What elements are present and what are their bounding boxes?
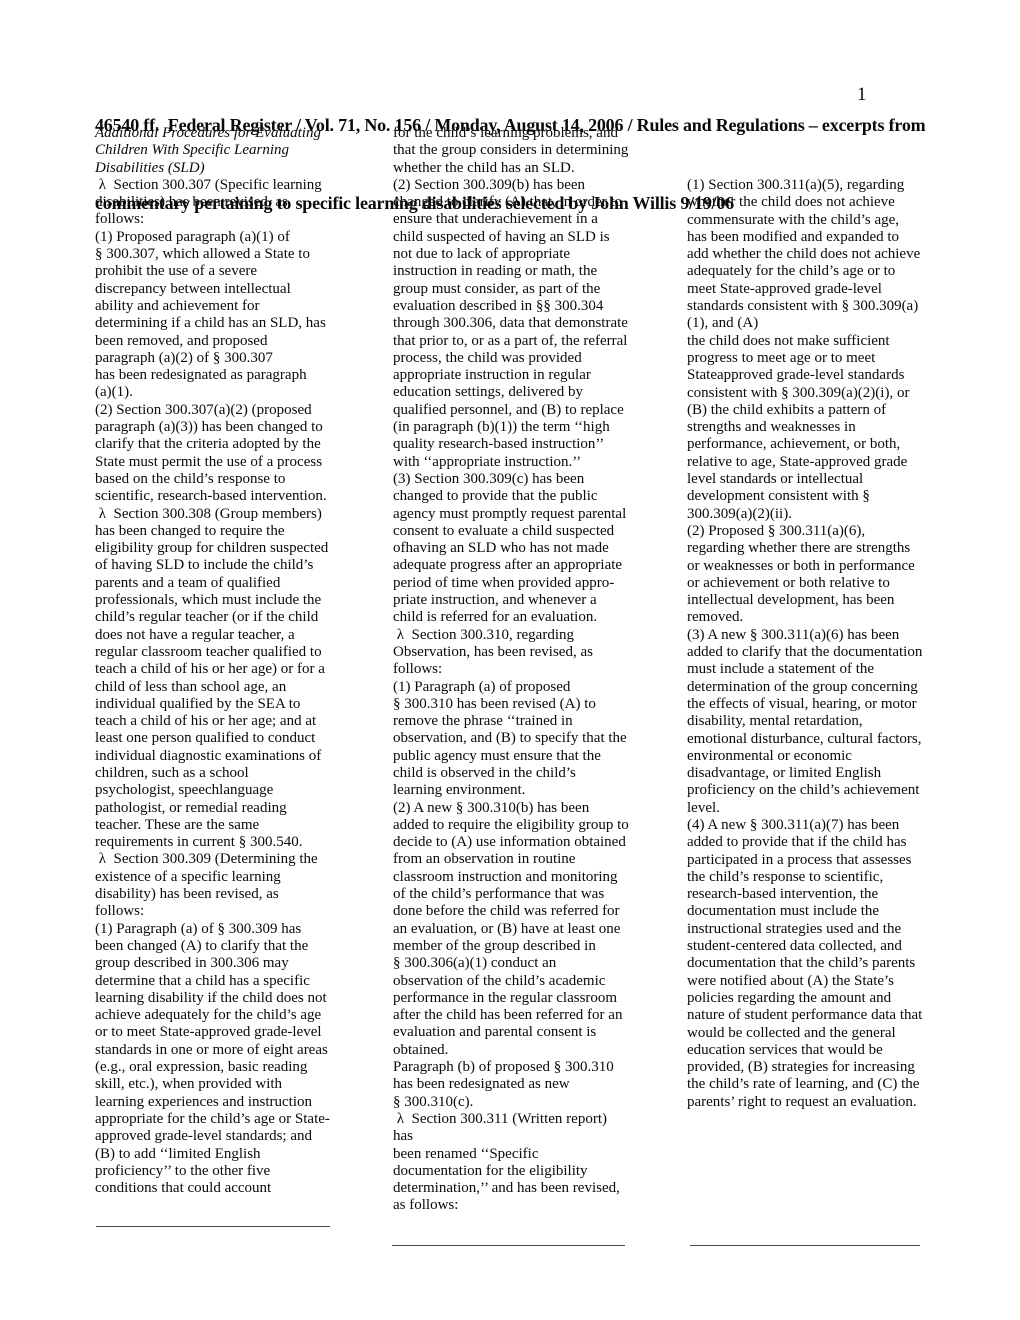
text-line: development consistent with § xyxy=(687,488,937,505)
section-heading-line: Children With Specific Learning xyxy=(95,142,345,159)
text-line: λ Section 300.308 (Group members) xyxy=(95,506,345,523)
text-line: an evaluation, or (B) have at least one xyxy=(393,921,643,938)
text-line: prohibit the use of a severe xyxy=(95,263,345,280)
text-line: (2) Section 300.307(a)(2) (proposed xyxy=(95,402,345,419)
text-line: classroom instruction and monitoring xyxy=(393,869,643,886)
text-line: disability) has been revised, as xyxy=(95,886,345,903)
text-line: nature of student performance data that xyxy=(687,1007,937,1024)
text-line: the child’s rate of learning, and (C) th… xyxy=(687,1076,937,1093)
text-line: (a)(1). xyxy=(95,384,345,401)
text-line: child of less than school age, an xyxy=(95,679,345,696)
section-heading-line: Disabilities (SLD) xyxy=(95,160,345,177)
text-line: ensure that underachievement in a xyxy=(393,211,643,228)
text-line: existence of a specific learning xyxy=(95,869,345,886)
text-line: proficiency on the child’s achievement xyxy=(687,782,937,799)
text-line: that prior to, or as a part of, the refe… xyxy=(393,333,643,350)
text-line: discrepancy between intellectual xyxy=(95,281,345,298)
text-line: least one person qualified to conduct xyxy=(95,730,345,747)
text-line: 300.309(a)(2)(ii). xyxy=(687,506,937,523)
text-line: not due to lack of appropriate xyxy=(393,246,643,263)
text-line: skill, etc.), when provided with xyxy=(95,1076,345,1093)
text-line: instructional strategies used and the xyxy=(687,921,937,938)
text-line: adequate progress after an appropriate xyxy=(393,557,643,574)
text-line: State must permit the use of a process xyxy=(95,454,345,471)
text-line: disability, mental retardation, xyxy=(687,713,937,730)
text-line: Observation, has been revised, as xyxy=(393,644,643,661)
column-3: (1) Section 300.311(a)(5), regardingwhet… xyxy=(687,177,937,1111)
text-line: has been modified and expanded to xyxy=(687,229,937,246)
text-line: Stateapproved grade-level standards xyxy=(687,367,937,384)
text-line: whether the child does not achieve xyxy=(687,194,937,211)
text-line: does not have a regular teacher, a xyxy=(95,627,345,644)
footnote-rule xyxy=(96,1226,330,1227)
text-line: determination of the group concerning xyxy=(687,679,937,696)
section-heading-line: Additional Procedures for Evaluating xyxy=(95,125,345,142)
text-line: as follows: xyxy=(393,1197,643,1214)
text-line: individual diagnostic examinations of xyxy=(95,748,345,765)
text-line: (1), and (A) xyxy=(687,315,937,332)
text-line: whether the child has an SLD. xyxy=(393,160,643,177)
text-line: decide to (A) use information obtained xyxy=(393,834,643,851)
text-line: process, the child was provided xyxy=(393,350,643,367)
text-line: meet State-approved grade-level xyxy=(687,281,937,298)
text-line: individual qualified by the SEA to xyxy=(95,696,345,713)
text-line: children, such as a school xyxy=(95,765,345,782)
text-line: environmental or economic xyxy=(687,748,937,765)
page-number: 1 xyxy=(857,84,867,106)
text-line: of having SLD to include the child’s xyxy=(95,557,345,574)
text-line: follows: xyxy=(95,903,345,920)
text-line: research-based intervention, the xyxy=(687,886,937,903)
text-line: or to meet State-approved grade-level xyxy=(95,1024,345,1041)
text-line: λ Section 300.310, regarding xyxy=(393,627,643,644)
text-line: after the child has been referred for an xyxy=(393,1007,643,1024)
text-line: § 300.310(c). xyxy=(393,1094,643,1111)
text-line: public agency must ensure that the xyxy=(393,748,643,765)
text-line: has xyxy=(393,1128,643,1145)
text-line: (1) Paragraph (a) of § 300.309 has xyxy=(95,921,345,938)
text-line: been changed (A) to clarify that the xyxy=(95,938,345,955)
text-line: done before the child was referred for xyxy=(393,903,643,920)
text-line: period of time when provided appro- xyxy=(393,575,643,592)
text-line: parents and a team of qualified xyxy=(95,575,345,592)
text-line: documentation must include the xyxy=(687,903,937,920)
text-line: policies regarding the amount and xyxy=(687,990,937,1007)
text-line: obtained. xyxy=(393,1042,643,1059)
text-line: priate instruction, and whenever a xyxy=(393,592,643,609)
text-line: paragraph (a)(2) of § 300.307 xyxy=(95,350,345,367)
footnote-rule xyxy=(690,1245,920,1246)
text-line: level standards or intellectual xyxy=(687,471,937,488)
text-line: (2) Section 300.309(b) has been xyxy=(393,177,643,194)
text-line: been renamed ‘‘Specific xyxy=(393,1146,643,1163)
text-line: standards consistent with § 300.309(a) xyxy=(687,298,937,315)
text-line: (e.g., oral expression, basic reading xyxy=(95,1059,345,1076)
text-line: emotional disturbance, cultural factors, xyxy=(687,731,937,748)
text-line: (1) Paragraph (a) of proposed xyxy=(393,679,643,696)
page: { "header": { "line1": "46540 ff. Federa… xyxy=(0,0,1020,1320)
text-line: or achievement or both relative to xyxy=(687,575,937,592)
text-line: changed to provide that the public xyxy=(393,488,643,505)
text-line: child’s regular teacher (or if the child xyxy=(95,609,345,626)
text-line: education services that would be xyxy=(687,1042,937,1059)
text-line: determine that a child has a specific xyxy=(95,973,345,990)
text-line: agency must promptly request parental xyxy=(393,506,643,523)
text-line: were notified about (A) the State’s xyxy=(687,973,937,990)
text-line: consistent with § 300.309(a)(2)(i), or xyxy=(687,385,937,402)
text-line: teach a child of his or her age; and at xyxy=(95,713,345,730)
text-line: teach a child of his or her age) or for … xyxy=(95,661,345,678)
text-line: proficiency’’ to the other five xyxy=(95,1163,345,1180)
text-line: (2) Proposed § 300.311(a)(6), xyxy=(687,523,937,540)
text-line: regular classroom teacher qualified to xyxy=(95,644,345,661)
text-line: appropriate for the child’s age or State… xyxy=(95,1111,345,1128)
text-line: that the group considers in determining xyxy=(393,142,643,159)
text-line: child suspected of having an SLD is xyxy=(393,229,643,246)
text-line: scientific, research-based intervention. xyxy=(95,488,345,505)
text-line: of the child’s performance that was xyxy=(393,886,643,903)
text-line: performance, achievement, or both, xyxy=(687,436,937,453)
text-line: quality research-based instruction’’ xyxy=(393,436,643,453)
text-line: follows: xyxy=(95,211,345,228)
text-line: the child does not make sufficient xyxy=(687,333,937,350)
text-line: qualified personnel, and (B) to replace xyxy=(393,402,643,419)
text-line: regarding whether there are strengths xyxy=(687,540,937,557)
text-line: must include a statement of the xyxy=(687,661,937,678)
text-line: consent to evaluate a child suspected xyxy=(393,523,643,540)
text-line: removed. xyxy=(687,609,937,626)
text-line: has been redesignated as new xyxy=(393,1076,643,1093)
text-line: parents’ right to request an evaluation. xyxy=(687,1094,937,1111)
text-line: λ Section 300.309 (Determining the xyxy=(95,851,345,868)
text-line: teacher. These are the same xyxy=(95,817,345,834)
text-line: § 300.310 has been revised (A) to xyxy=(393,696,643,713)
text-line: requirements in current § 300.540. xyxy=(95,834,345,851)
text-line: would be collected and the general xyxy=(687,1025,937,1042)
text-line: pathologist, or remedial reading xyxy=(95,800,345,817)
text-line: relative to age, State-approved grade xyxy=(687,454,937,471)
text-line: evaluation described in §§ 300.304 xyxy=(393,298,643,315)
text-line: disadvantage, or limited English xyxy=(687,765,937,782)
text-line: the child’s response to scientific, xyxy=(687,869,937,886)
text-line: progress to meet age or to meet xyxy=(687,350,937,367)
text-line: member of the group described in xyxy=(393,938,643,955)
text-line: strengths and weaknesses in xyxy=(687,419,937,436)
text-line: with ‘‘appropriate instruction.’’ xyxy=(393,454,643,471)
text-line: (B) to add ‘‘limited English xyxy=(95,1146,345,1163)
text-line: group must consider, as part of the xyxy=(393,281,643,298)
text-line: § 300.307, which allowed a State to xyxy=(95,246,345,263)
text-line: λ Section 300.307 (Specific learning xyxy=(95,177,345,194)
text-line: commensurate with the child’s age, xyxy=(687,212,937,229)
text-line: observation, and (B) to specify that the xyxy=(393,730,643,747)
text-line: has been changed to require the xyxy=(95,523,345,540)
text-line: based on the child’s response to xyxy=(95,471,345,488)
text-line: paragraph (a)(3)) has been changed to xyxy=(95,419,345,436)
text-line: added to require the eligibility group t… xyxy=(393,817,643,834)
text-line: (in paragraph (b)(1)) the term ‘‘high xyxy=(393,419,643,436)
text-line: the effects of visual, hearing, or motor xyxy=(687,696,937,713)
text-line: follows: xyxy=(393,661,643,678)
text-line: child is observed in the child’s xyxy=(393,765,643,782)
text-line: (B) the child exhibits a pattern of xyxy=(687,402,937,419)
text-line: appropriate instruction in regular xyxy=(393,367,643,384)
text-line: performance in the regular classroom xyxy=(393,990,643,1007)
text-line: determination,’’ and has been revised, xyxy=(393,1180,643,1197)
text-line: achieve adequately for the child’s age xyxy=(95,1007,345,1024)
text-line: (3) A new § 300.311(a)(6) has been xyxy=(687,627,937,644)
text-line: (2) A new § 300.310(b) has been xyxy=(393,800,643,817)
text-line: added to provide that if the child has xyxy=(687,834,937,851)
text-line: determining if a child has an SLD, has xyxy=(95,315,345,332)
text-line: adequately for the child’s age or to xyxy=(687,263,937,280)
text-line: approved grade-level standards; and xyxy=(95,1128,345,1145)
text-line: evaluation and parental consent is xyxy=(393,1024,643,1041)
text-line: participated in a process that assesses xyxy=(687,852,937,869)
text-line: (4) A new § 300.311(a)(7) has been xyxy=(687,817,937,834)
text-line: documentation that the child’s parents xyxy=(687,955,937,972)
text-line: provided, (B) strategies for increasing xyxy=(687,1059,937,1076)
text-line: instruction in reading or math, the xyxy=(393,263,643,280)
text-line: intellectual development, has been xyxy=(687,592,937,609)
text-line: Paragraph (b) of proposed § 300.310 xyxy=(393,1059,643,1076)
column-2: for the child’s learning problems, andth… xyxy=(393,125,643,1215)
text-line: added to clarify that the documentation xyxy=(687,644,937,661)
text-line: changed to clarify (A) that, in order to xyxy=(393,194,643,211)
text-line: ability and achievement for xyxy=(95,298,345,315)
text-line: education settings, delivered by xyxy=(393,384,643,401)
text-line: learning disability if the child does no… xyxy=(95,990,345,1007)
text-line: disabilities) has been revised, as xyxy=(95,194,345,211)
text-line: has been redesignated as paragraph xyxy=(95,367,345,384)
text-line: clarify that the criteria adopted by the xyxy=(95,436,345,453)
text-line: for the child’s learning problems, and xyxy=(393,125,643,142)
footnote-rule xyxy=(392,1245,625,1246)
text-line: or weaknesses or both in performance xyxy=(687,558,937,575)
column-1: Additional Procedures for EvaluatingChil… xyxy=(95,125,345,1197)
text-line: (1) Section 300.311(a)(5), regarding xyxy=(687,177,937,194)
text-line: remove the phrase ‘‘trained in xyxy=(393,713,643,730)
text-line: § 300.306(a)(1) conduct an xyxy=(393,955,643,972)
text-line: (1) Proposed paragraph (a)(1) of xyxy=(95,229,345,246)
text-line: been removed, and proposed xyxy=(95,333,345,350)
text-line: (3) Section 300.309(c) has been xyxy=(393,471,643,488)
text-line: child is referred for an evaluation. xyxy=(393,609,643,626)
text-line: psychologist, speechlanguage xyxy=(95,782,345,799)
text-line: documentation for the eligibility xyxy=(393,1163,643,1180)
text-line: eligibility group for children suspected xyxy=(95,540,345,557)
text-line: learning experiences and instruction xyxy=(95,1094,345,1111)
text-line: standards in one or more of eight areas xyxy=(95,1042,345,1059)
text-line: learning environment. xyxy=(393,782,643,799)
text-line: professionals, which must include the xyxy=(95,592,345,609)
text-line: λ Section 300.311 (Written report) xyxy=(393,1111,643,1128)
text-line: add whether the child does not achieve xyxy=(687,246,937,263)
text-line: observation of the child’s academic xyxy=(393,973,643,990)
text-line: ofhaving an SLD who has not made xyxy=(393,540,643,557)
text-line: student-centered data collected, and xyxy=(687,938,937,955)
text-line: group described in 300.306 may xyxy=(95,955,345,972)
text-line: through 300.306, data that demonstrate xyxy=(393,315,643,332)
text-line: from an observation in routine xyxy=(393,851,643,868)
text-line: conditions that could account xyxy=(95,1180,345,1197)
text-line: level. xyxy=(687,800,937,817)
